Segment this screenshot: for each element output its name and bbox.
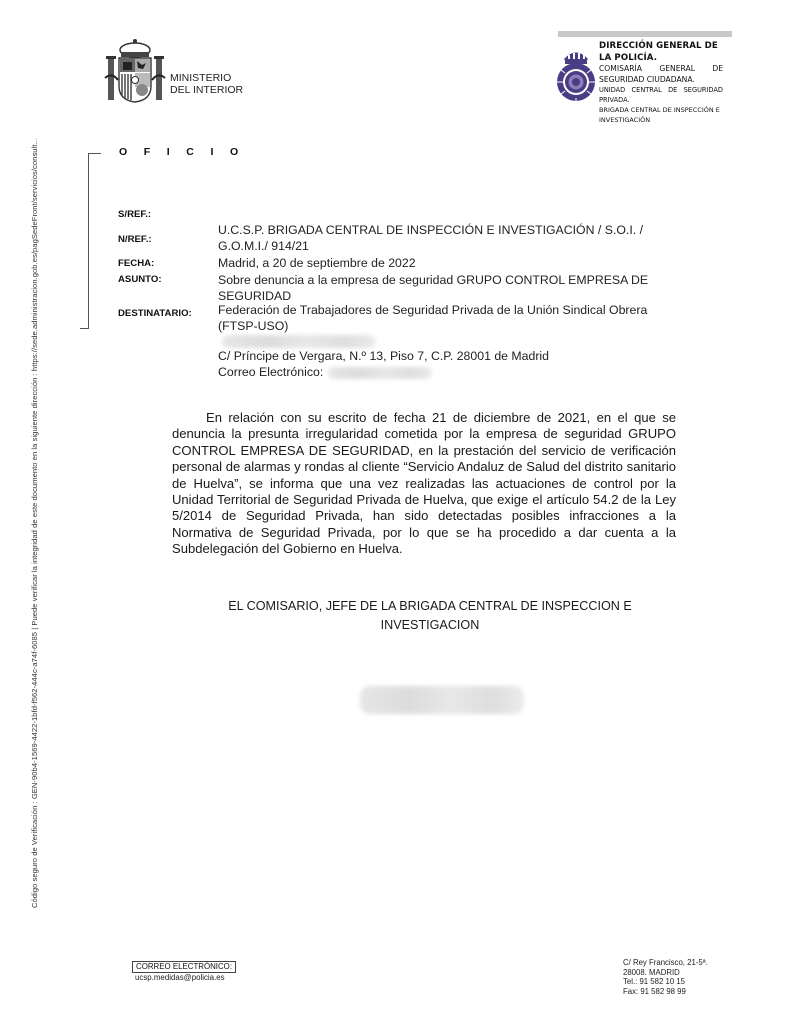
asunto-value-line2: SEGURIDAD bbox=[218, 289, 291, 304]
destinatario-line2: (FTSP-USO) bbox=[218, 319, 288, 334]
police-commissariat-line2: SEGURIDAD CIUDADANA. bbox=[599, 75, 723, 86]
police-directorate-title: DIRECCIÓN GENERAL DE LA POLICÍA. bbox=[599, 40, 723, 64]
nref-value-line1: U.C.S.P. BRIGADA CENTRAL DE INSPECCIÓN E… bbox=[218, 223, 643, 238]
ministry-name-line2: DEL INTERIOR bbox=[170, 84, 243, 96]
footer-phone: Tel.: 91 582 10 15 bbox=[623, 977, 708, 987]
header-gray-bar bbox=[558, 31, 732, 37]
signature-block: EL COMISARIO, JEFE DE LA BRIGADA CENTRAL… bbox=[180, 597, 680, 635]
spain-coat-of-arms-icon bbox=[104, 38, 166, 104]
destinatario-label: DESTINATARIO: bbox=[118, 308, 192, 319]
fecha-label: FECHA: bbox=[118, 258, 154, 269]
footer-address-line2: 28008. MADRID bbox=[623, 968, 708, 978]
police-badge-icon bbox=[555, 46, 597, 102]
bracket-line bbox=[88, 153, 101, 154]
bracket-line bbox=[80, 328, 89, 329]
police-unit-line2: PRIVADA. bbox=[599, 95, 723, 105]
police-directorate-block: DIRECCIÓN GENERAL DE LA POLICÍA. COMISAR… bbox=[599, 40, 723, 125]
signature-title-line2: INVESTIGACION bbox=[180, 616, 680, 635]
signature-title-line1: EL COMISARIO, JEFE DE LA BRIGADA CENTRAL… bbox=[180, 597, 680, 616]
body-text: En relación con su escrito de fecha 21 d… bbox=[172, 410, 676, 556]
footer-email-label: CORREO ELECTRÓNICO: bbox=[132, 961, 236, 973]
nref-value-line2: G.O.M.I./ 914/21 bbox=[218, 239, 309, 254]
ministry-name: MINISTERIO DEL INTERIOR bbox=[170, 72, 243, 96]
police-commissariat-line1: COMISARÍA GENERAL DE bbox=[599, 64, 723, 75]
sref-label: S/REF.: bbox=[118, 209, 151, 220]
nref-label: N/REF.: bbox=[118, 234, 152, 245]
footer-email-link[interactable]: ucsp.medidas@policia.es bbox=[135, 973, 225, 982]
asunto-label: ASUNTO: bbox=[118, 274, 162, 285]
destinatario-line1: Federación de Trabajadores de Seguridad … bbox=[218, 303, 647, 318]
ministry-name-line1: MINISTERIO bbox=[170, 72, 243, 84]
bracket-line bbox=[88, 153, 89, 329]
recipient-address: C/ Príncipe de Vergara, N.º 13, Piso 7, … bbox=[218, 349, 549, 364]
police-brigade: BRIGADA CENTRAL DE INSPECCIÓN E INVESTIG… bbox=[599, 105, 723, 125]
redacted-signature-name bbox=[360, 686, 524, 714]
recipient-email-label: Correo Electrónico: bbox=[218, 365, 323, 380]
redacted-recipient-email bbox=[328, 367, 432, 379]
body-paragraph: En relación con su escrito de fecha 21 d… bbox=[172, 410, 676, 558]
footer-address-line1: C/ Rey Francisco, 21-5ª. bbox=[623, 958, 708, 968]
verification-code-text: Código seguro de Verificación : GEN-90b4… bbox=[30, 78, 39, 908]
fecha-value: Madrid, a 20 de septiembre de 2022 bbox=[218, 256, 416, 271]
footer-address-block: C/ Rey Francisco, 21-5ª. 28008. MADRID T… bbox=[623, 958, 708, 996]
document-type-title: OFICIO bbox=[119, 146, 255, 158]
police-unit-line1: UNIDAD CENTRAL DE SEGURIDAD bbox=[599, 85, 723, 95]
footer-fax: Fax: 91 582 98 99 bbox=[623, 987, 708, 997]
asunto-value-line1: Sobre denuncia a la empresa de seguridad… bbox=[218, 273, 648, 288]
redacted-recipient-name bbox=[222, 335, 376, 348]
